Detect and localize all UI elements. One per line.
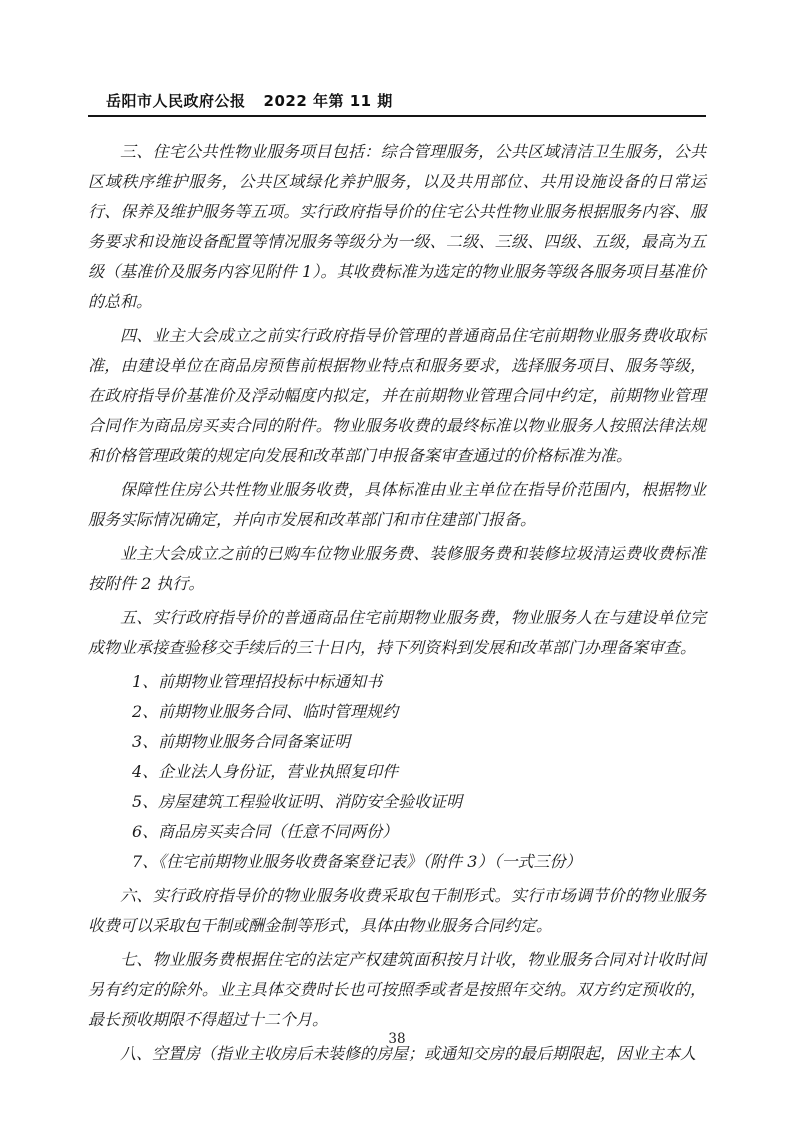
paragraph-section-7: 七、物业服务费根据住宅的法定产权建筑面积按月计收，物业服务合同对计收时间另有约定… <box>88 945 706 1035</box>
page-number: 38 <box>388 1031 405 1047</box>
paragraph-section-6: 六、实行政府指导价的物业服务收费采取包干制形式。实行市场调节价的物业服务收费可以… <box>88 881 706 941</box>
paragraph-section-4-support-housing: 保障性住房公共性物业服务收费，具体标准由业主单位在指导价范围内，根据物业服务实际… <box>88 475 706 535</box>
document-page: 岳阳市人民政府公报2022 年第 11 期 三、住宅公共性物业服务项目包括：综合… <box>0 0 794 1122</box>
paragraph-section-4: 四、业主大会成立之前实行政府指导价管理的普通商品住宅前期物业服务费收取标准，由建… <box>88 321 706 471</box>
list-item: 2、前期物业服务合同、临时管理规约 <box>88 697 706 727</box>
list-item: 3、前期物业服务合同备案证明 <box>88 727 706 757</box>
list-item: 5、房屋建筑工程验收证明、消防安全验收证明 <box>88 787 706 817</box>
paragraph-section-5: 五、实行政府指导价的普通商品住宅前期物业服务费，物业服务人在与建设单位完成物业承… <box>88 603 706 663</box>
page-footer: 38 <box>0 1031 794 1047</box>
list-item: 1、前期物业管理招投标中标通知书 <box>88 667 706 697</box>
list-item: 6、商品房买卖合同（任意不同两份） <box>88 817 706 847</box>
document-body: 三、住宅公共性物业服务项目包括：综合管理服务，公共区域清洁卫生服务，公共区域秩序… <box>88 137 706 1069</box>
paragraph-section-3: 三、住宅公共性物业服务项目包括：综合管理服务，公共区域清洁卫生服务，公共区域秩序… <box>88 137 706 317</box>
gazette-header: 岳阳市人民政府公报2022 年第 11 期 <box>88 92 706 110</box>
page-header: 岳阳市人民政府公报2022 年第 11 期 <box>88 92 706 117</box>
filing-materials-list: 1、前期物业管理招投标中标通知书 2、前期物业服务合同、临时管理规约 3、前期物… <box>88 667 706 877</box>
gazette-issue: 2022 年第 11 期 <box>264 92 393 110</box>
paragraph-section-4-parking: 业主大会成立之前的已购车位物业服务费、装修服务费和装修垃圾清运费收费标准按附件 … <box>88 539 706 599</box>
gazette-title: 岳阳市人民政府公报 <box>106 92 246 110</box>
list-item: 4、企业法人身份证，营业执照复印件 <box>88 757 706 787</box>
list-item: 7、《住宅前期物业服务收费备案登记表》（附件 3）（一式三份） <box>88 847 706 877</box>
header-divider <box>88 115 706 117</box>
